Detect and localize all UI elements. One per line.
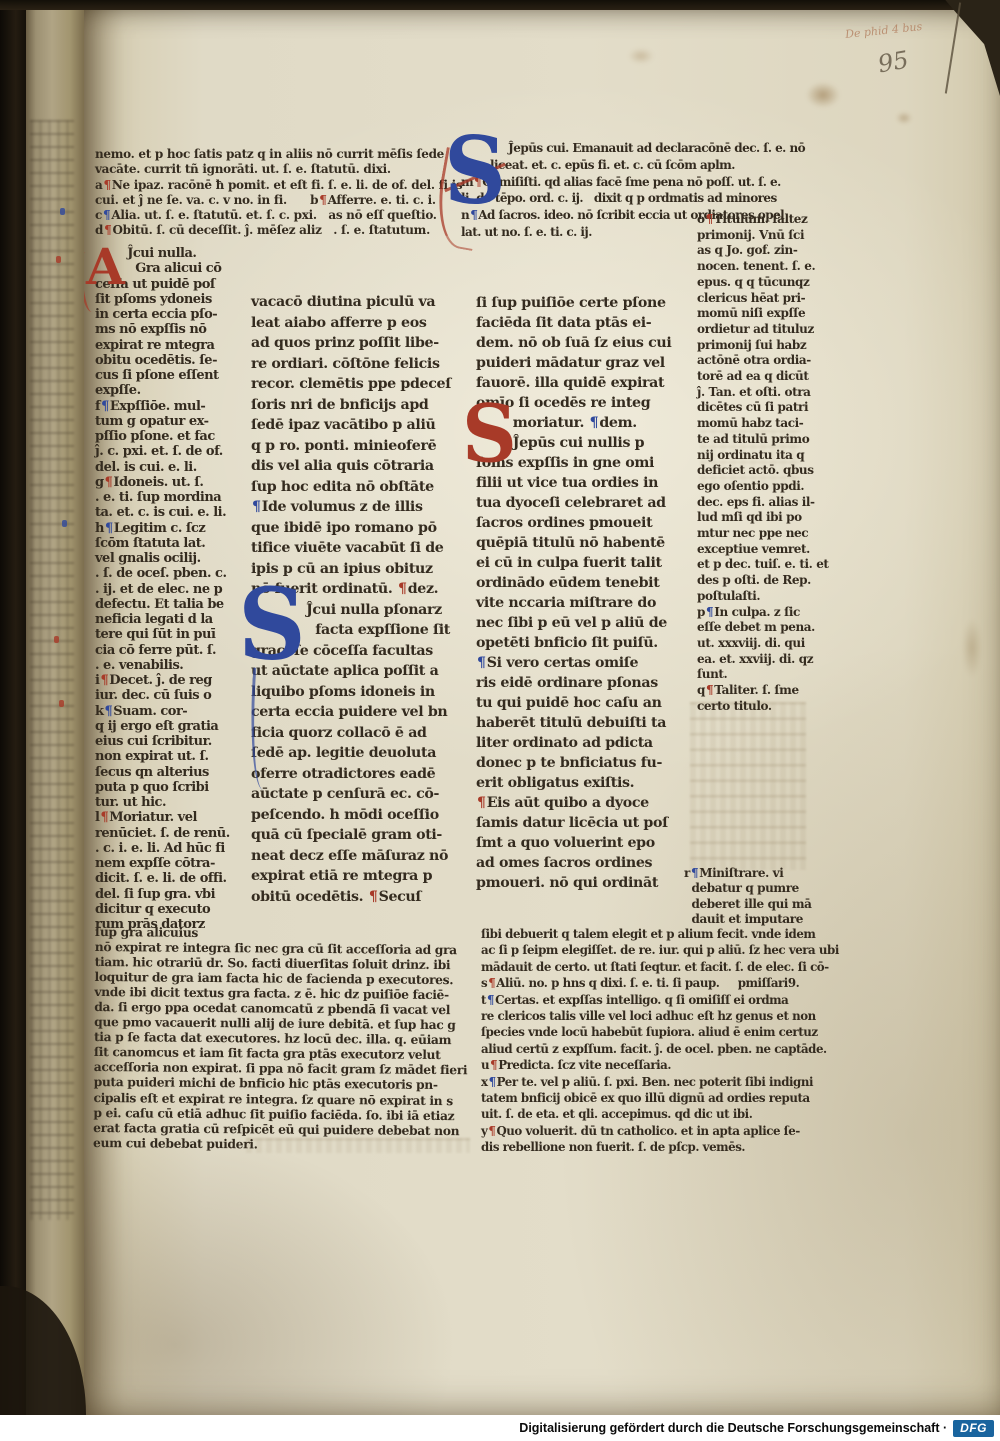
stain [962, 618, 982, 678]
decorated-initial-col2: S [238, 576, 306, 675]
gloss-top-left-block: nemo. et p hoc ſatis patz q in aliis nō … [95, 147, 462, 239]
decorated-initial-top-right: S [444, 125, 506, 218]
rubric-fleck [62, 520, 67, 527]
rubric-fleck [60, 208, 65, 215]
rubric-fleck [56, 256, 61, 263]
commentary-bottom-left-block: ſup gra alicuiusnō expirat re integra ſi… [93, 924, 468, 1153]
facing-page-edge [26, 0, 84, 1415]
facing-page-text-fragments [30, 120, 74, 1220]
decorated-initial-col3: S [462, 394, 517, 474]
stain [896, 112, 912, 124]
dfg-credit-text: Digitalisierung gefördert durch die Deut… [519, 1421, 947, 1435]
main-text-column-right: ſi ſup puiſiōe certe pſonefaciēda ſit da… [476, 293, 671, 893]
commentary-bottom-right-block: ſibi debuerit q talem elegit et p alium … [481, 926, 839, 1156]
rubric-fleck [54, 636, 59, 643]
scan-top-edge [0, 0, 1000, 10]
stain [806, 82, 840, 108]
book-spine [0, 0, 26, 1415]
stain [628, 48, 654, 64]
footer-credit-bar: Digitalisierung gefördert durch die Deut… [0, 1415, 1000, 1441]
rubric-fleck [59, 700, 64, 707]
dfg-logo: DFG [953, 1420, 994, 1437]
left-gloss-column: Ĵcui nulla. Gra alicui cōceſſa ut puidē … [95, 246, 230, 932]
folio-page-number: 95 [876, 46, 911, 79]
decorated-initial-col1: A [86, 242, 125, 292]
ink-bleedthrough [690, 702, 806, 870]
right-margin-gloss-column: o¶Titulum. ſaltezprimonij. Vnū ſcias q J… [697, 212, 829, 715]
ministrare-gloss-note: r¶Miniſtrare. vi debatur q pumre deberet… [684, 866, 812, 927]
digitized-manuscript-scan: nemo. et p hoc ſatis patz q in aliis nō … [0, 0, 1000, 1441]
